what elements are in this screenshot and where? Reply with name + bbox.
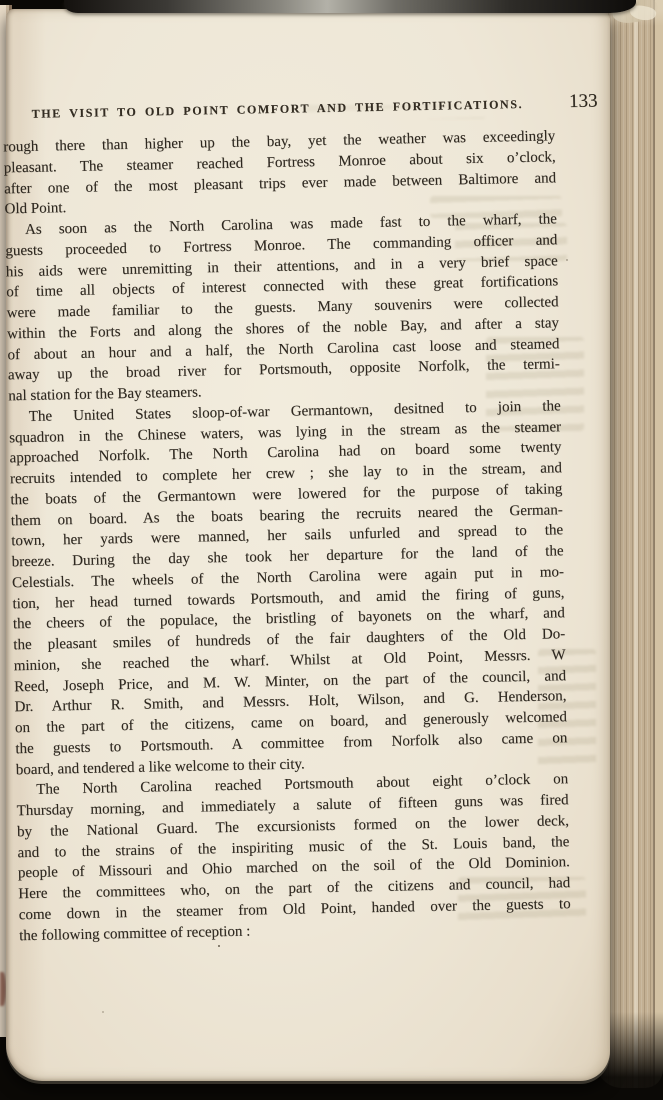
paragraph: The United States sloop-of-war Germantow… <box>9 396 568 781</box>
running-title: THE VISIT TO OLD POINT COMFORT AND THE F… <box>32 97 524 122</box>
book-page: THE VISIT TO OLD POINT COMFORT AND THE F… <box>6 9 610 1081</box>
paragraph: The North Carolina reached Portsmouth ab… <box>16 769 571 946</box>
paragraph: rough there than higher up the bay, yet … <box>3 126 557 220</box>
page-header: THE VISIT TO OLD POINT COMFORT AND THE F… <box>31 90 597 123</box>
page-number: 133 <box>569 90 598 113</box>
page-text: rough there than higher up the bay, yet … <box>3 126 571 946</box>
book-photo: THE VISIT TO OLD POINT COMFORT AND THE F… <box>0 0 663 1100</box>
paragraph: As soon as the North Carolina was made f… <box>5 209 561 407</box>
page-content: THE VISIT TO OLD POINT COMFORT AND THE F… <box>0 0 621 1081</box>
top-page-shadow <box>64 0 636 13</box>
